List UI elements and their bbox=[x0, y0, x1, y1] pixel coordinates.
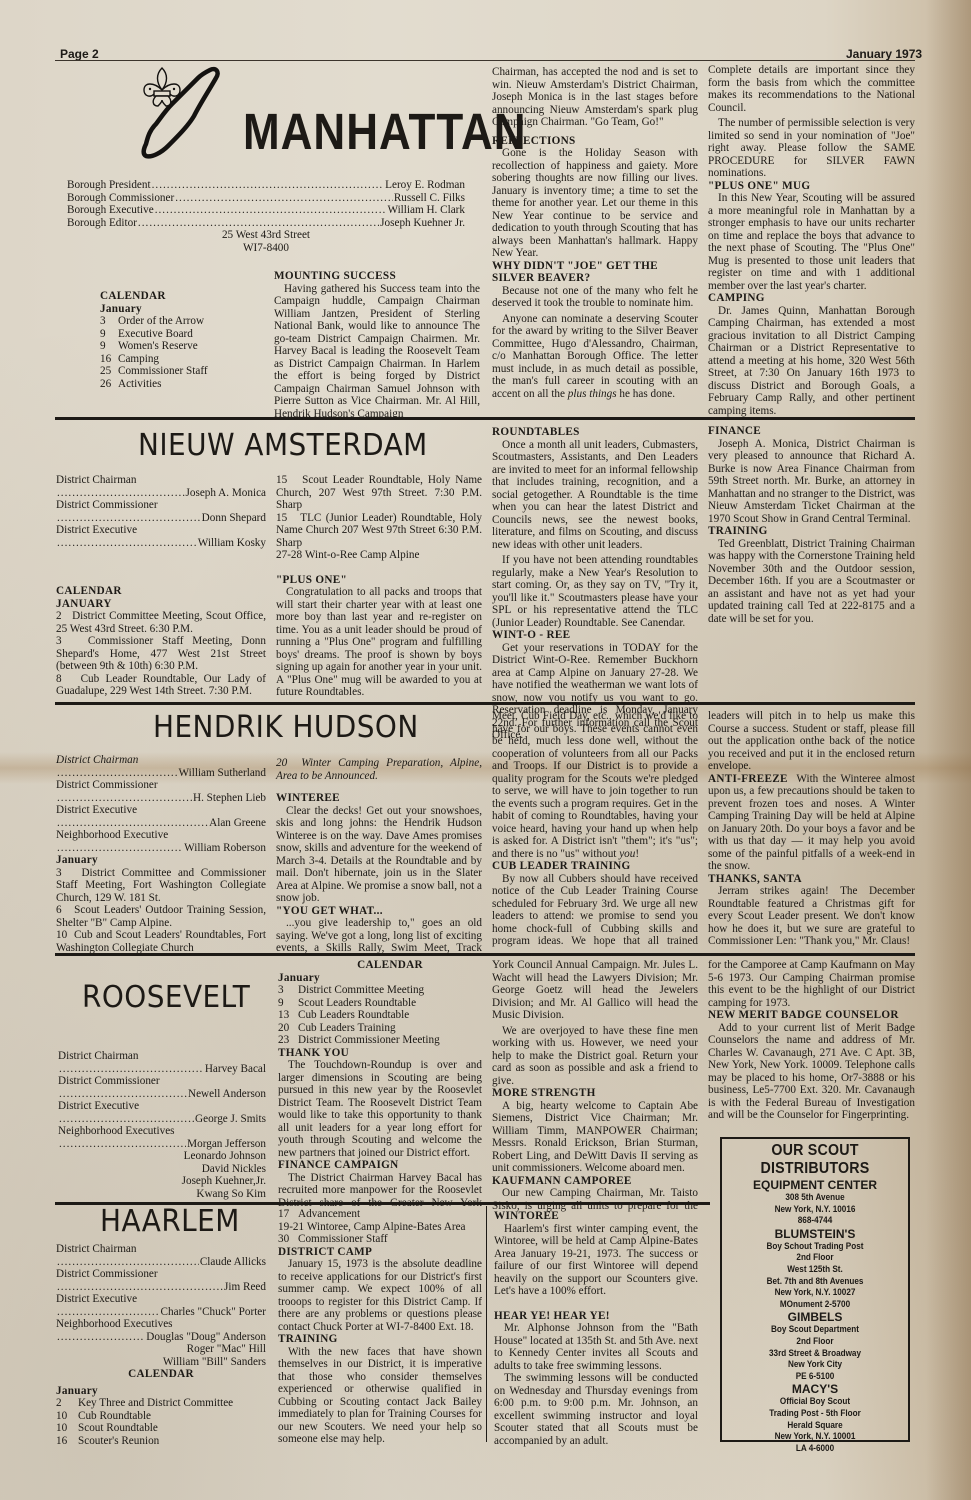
text-span: 10 bbox=[56, 929, 67, 941]
officer-name: Claude Allicks bbox=[200, 1256, 266, 1269]
calendar-day: 2 bbox=[56, 1397, 78, 1410]
calendar-item: 6 Scout Leaders' Outdoor Training Sessio… bbox=[56, 904, 266, 929]
officer-row: Borough PresidentLeroy E. Rodman bbox=[67, 179, 465, 192]
officer-title: District Executive bbox=[56, 524, 266, 537]
calendar-day: 9 bbox=[100, 340, 118, 353]
officer-title: Neighborhood Executives bbox=[58, 1125, 266, 1138]
calendar-month: January bbox=[100, 303, 260, 316]
calendar-item: 16Scouter's Reunion bbox=[56, 1435, 266, 1448]
leader-dots bbox=[59, 1088, 187, 1101]
officer-name: Leonardo Johnson bbox=[58, 1150, 266, 1163]
article-body: Mr. Alphonse Johnson from the "Bath Hous… bbox=[494, 1322, 698, 1372]
calendar-heading: CALENDAR bbox=[100, 290, 260, 303]
text-span: Scout Leader Roundtable, Holy Name Churc… bbox=[276, 474, 482, 511]
officer-title: District Commissioner bbox=[56, 1268, 266, 1281]
district-officers: District Chairman Joseph A. Monica Distr… bbox=[56, 474, 266, 549]
store-name: GIMBELS bbox=[722, 1311, 908, 1324]
calendar-month: JANUARY bbox=[56, 598, 266, 611]
calendar-item: 2Key Three and District Committee bbox=[56, 1397, 266, 1410]
roosevelt-column-2: CALENDAR January 3District Committee Mee… bbox=[278, 959, 482, 1210]
text-span: 6 bbox=[56, 904, 62, 916]
article-body: ...you give leadership to," goes an old … bbox=[276, 917, 482, 955]
text-span: ...you give leadership to," goes an old … bbox=[276, 917, 482, 955]
calendar-day: 20 bbox=[278, 1022, 298, 1035]
officer-row: Harvey Bacal bbox=[58, 1063, 266, 1076]
leader-dots bbox=[57, 1306, 160, 1319]
article-body: The Touchdown-Roundup is over and larger… bbox=[278, 1059, 482, 1159]
article-heading: WINTOREE bbox=[494, 1210, 698, 1223]
nieuw-amsterdam-column-3: ROUNDTABLES Once a month all unit leader… bbox=[492, 426, 698, 742]
article-body: By now all Cubbers should have received … bbox=[492, 873, 698, 949]
leader-dots bbox=[57, 1281, 223, 1294]
article-body: leaders will pitch in to help us make th… bbox=[708, 710, 915, 773]
leader-dots bbox=[57, 512, 201, 525]
text-span: Wintoree, Camp Alpine-Bates Area bbox=[307, 1221, 466, 1233]
calendar-month: January bbox=[56, 1385, 266, 1398]
officer-row: Douglas "Doug" Anderson bbox=[56, 1331, 266, 1344]
article-body: ANTI-FREEZE With the Winteree almost upo… bbox=[708, 773, 915, 873]
text-span: Commissioner Staff bbox=[118, 365, 208, 377]
officer-title: District Chairman bbox=[56, 1243, 266, 1256]
text-span: Winter Camping Preparation, Alpine, Area… bbox=[276, 757, 482, 782]
article-body: Ted Greenblatt, District Training Chairm… bbox=[708, 538, 915, 626]
leader-dots bbox=[57, 1256, 199, 1269]
calendar-heading: CALENDAR bbox=[278, 959, 482, 972]
manhattan-calendar: CALENDAR January 3Order of the Arrow 9Ex… bbox=[100, 290, 260, 390]
calendar-item: 27-28 Wint-o-Ree Camp Alpine bbox=[276, 549, 482, 562]
calendar-day: 17 bbox=[278, 1208, 298, 1221]
officer-name: George J. Smits bbox=[195, 1113, 266, 1126]
text-span: 15 bbox=[276, 512, 287, 524]
calendar-item: 25Commissioner Staff bbox=[100, 365, 260, 378]
haarlem-column-3: WINTOREE Haarlem's first winter camping … bbox=[494, 1210, 698, 1447]
article-body: Meet, Cub Field Day, etc., which we'd li… bbox=[492, 710, 698, 860]
text-span: TLC (Junior Leader) Roundtable, Holy Nam… bbox=[276, 512, 482, 549]
officer-row: Jim Reed bbox=[56, 1281, 266, 1294]
district-officers: District Chairman William Sutherland Dis… bbox=[56, 754, 266, 954]
box-title: OUR SCOUT DISTRIBUTORS bbox=[729, 1142, 900, 1178]
officer-name: Charles "Chuck" Porter bbox=[161, 1306, 266, 1319]
article-body: Chairman, has accepted the nod and is se… bbox=[492, 66, 698, 129]
calendar-item: 10 Cub and Scout Leaders' Roundtables, F… bbox=[56, 929, 266, 954]
text-span: District Commissioner Meeting bbox=[298, 1034, 440, 1046]
text-span: Executive Board bbox=[118, 328, 193, 340]
issue-date: January 1973 bbox=[846, 47, 922, 61]
store-detail-line: 868-4744 bbox=[736, 1215, 894, 1227]
article-body: Anyone can nominate a deserving Scouter … bbox=[492, 313, 698, 401]
text-span: Order of the Arrow bbox=[118, 315, 204, 327]
scout-fleur-de-lis-manhattan-island-icon bbox=[138, 64, 220, 160]
officer-name: Alan Greene bbox=[209, 817, 266, 830]
text-span: 8 bbox=[56, 673, 62, 685]
store-detail-line: 2nd Floor bbox=[736, 1252, 894, 1264]
store-detail-line: Herald Square bbox=[736, 1420, 894, 1432]
calendar-day: 16 bbox=[100, 353, 118, 366]
calendar-day: 25 bbox=[100, 365, 118, 378]
text-span: Cub Leaders Training bbox=[298, 1022, 396, 1034]
hendrik-hudson-column-3: Meet, Cub Field Day, etc., which we'd li… bbox=[492, 710, 698, 949]
officer-title: District Executive bbox=[56, 1293, 266, 1306]
officer-row: Charles "Chuck" Porter bbox=[56, 1306, 266, 1319]
officer-name: David Nickles bbox=[58, 1163, 266, 1176]
text-span: Cub Leader Roundtable, Our Lady of Guada… bbox=[56, 673, 266, 698]
calendar-item: 3 Commissioner Staff Meeting, Donn Shepa… bbox=[56, 635, 266, 673]
officer-row: Morgan Jefferson bbox=[58, 1138, 266, 1151]
calendar-month: January bbox=[278, 972, 482, 985]
officer-name: Douglas "Doug" Anderson bbox=[146, 1331, 266, 1344]
article-heading: "PLUS ONE" MUG bbox=[708, 180, 915, 193]
article-body: The swimming lessons will be conducted o… bbox=[494, 1372, 698, 1447]
article-body: Joseph A. Monica, District Chairman is v… bbox=[708, 438, 915, 526]
officer-row: George J. Smits bbox=[58, 1113, 266, 1126]
article-body: Once a month all unit leaders, Cubmaster… bbox=[492, 439, 698, 552]
calendar-day: 26 bbox=[100, 378, 118, 391]
officer-title: Borough Commissioner bbox=[67, 192, 174, 205]
article-body: With the new faces that have shown thems… bbox=[278, 1346, 482, 1446]
officer-name: William Kosky bbox=[198, 537, 266, 550]
calendar-item: 19-21 Wintoree, Camp Alpine-Bates Area bbox=[278, 1221, 482, 1234]
officer-name: Joseph Kuehner,Jr. bbox=[58, 1175, 266, 1188]
hendrik-hudson-column-2: 20 Winter Camping Preparation, Alpine, A… bbox=[276, 757, 482, 955]
store-name: BLUMSTEIN'S bbox=[722, 1228, 908, 1241]
calendar-item: 3 District Committee and Commissioner St… bbox=[56, 867, 266, 905]
store-detail-line: New York, N.Y. 10027 bbox=[736, 1287, 894, 1299]
text-span: Anyone can nominate a deserving Scouter … bbox=[492, 313, 698, 400]
officer-row: Newell Anderson bbox=[58, 1088, 266, 1101]
nieuw-amsterdam-column-4: FINANCE Joseph A. Monica, District Chair… bbox=[708, 425, 915, 625]
text-span: he has done. bbox=[617, 388, 675, 400]
article-heading: FINANCE CAMPAIGN bbox=[278, 1159, 482, 1172]
article-mounting-success: MOUNTING SUCCESS Having gathered his Suc… bbox=[274, 270, 480, 420]
officer-row: William Roberson bbox=[56, 842, 266, 855]
district-title: ROOSEVELT bbox=[82, 980, 250, 1015]
article-body: The number of permissible selection is v… bbox=[708, 117, 915, 180]
calendar-heading: CALENDAR bbox=[56, 585, 266, 598]
store-detail-line: Trading Post - 5th Floor bbox=[736, 1408, 894, 1420]
officer-row: William Sutherland bbox=[56, 767, 266, 780]
officer-name: Donn Shepard bbox=[202, 512, 266, 525]
calendar-item: 30Commissioner Staff bbox=[278, 1233, 482, 1246]
article-body: Having gathered his Success team into th… bbox=[274, 283, 480, 421]
officer-row: William Kosky bbox=[56, 537, 266, 550]
article-heading: DISTRICT CAMP bbox=[278, 1246, 482, 1259]
manhattan-column-3: Complete details are important since the… bbox=[708, 64, 915, 417]
officer-name: Joseph A. Monica bbox=[186, 487, 266, 500]
store-detail-line: Boy Scout Department bbox=[736, 1324, 894, 1336]
emphasis-text: you bbox=[619, 848, 635, 860]
district-title: NIEUW AMSTERDAM bbox=[138, 428, 428, 463]
district-title: HENDRIK HUDSON bbox=[153, 710, 419, 745]
officer-row: Borough EditorJoseph Kuehner Jr. bbox=[67, 217, 465, 230]
section-divider bbox=[55, 702, 915, 705]
store-detail-line: Official Boy Scout bbox=[736, 1396, 894, 1408]
officer-name: William Roberson bbox=[184, 842, 266, 855]
officer-name: William "Bill" Sanders bbox=[56, 1356, 266, 1369]
manhattan-column-2: Chairman, has accepted the nod and is se… bbox=[492, 66, 698, 400]
text-span: Scout Leaders Roundtable bbox=[298, 997, 416, 1009]
article-body: Clear the decks! Get out your snowshoes,… bbox=[276, 805, 482, 905]
section-divider bbox=[55, 417, 915, 420]
leader-dots bbox=[57, 817, 208, 830]
leader-dots bbox=[57, 1331, 145, 1344]
article-heading: FINANCE bbox=[708, 425, 915, 438]
store-detail-line: New York, N.Y. 10016 bbox=[736, 1204, 894, 1216]
article-body: Congratulation to all packs and troops t… bbox=[276, 586, 482, 699]
article-heading: MOUNTING SUCCESS bbox=[274, 270, 480, 283]
article-body: for the Camporee at Camp Kaufmann on May… bbox=[708, 959, 915, 1009]
leader-dots bbox=[59, 1113, 194, 1126]
calendar-day: 13 bbox=[278, 1009, 298, 1022]
leader-dots bbox=[59, 1063, 204, 1076]
calendar-item: 2 District Committee Meeting, Scout Offi… bbox=[56, 610, 266, 635]
borough-officers: Borough PresidentLeroy E. Rodman Borough… bbox=[67, 179, 465, 255]
text-span: Scout Leaders' Outdoor Training Session,… bbox=[56, 904, 266, 929]
roosevelt-column-4: for the Camporee at Camp Kaufmann on May… bbox=[708, 959, 915, 1122]
officer-title: Borough President bbox=[67, 179, 151, 192]
officer-row: Claude Allicks bbox=[56, 1256, 266, 1269]
store-detail-line: West 125th St. bbox=[736, 1264, 894, 1276]
roosevelt-column-3: York Council Annual Campaign. Mr. Jules … bbox=[492, 959, 698, 1212]
leader-dots bbox=[57, 487, 185, 500]
store-detail-line: 2nd Floor bbox=[736, 1336, 894, 1348]
calendar-day: 3 bbox=[100, 315, 118, 328]
article-heading: THANK YOU bbox=[278, 1047, 482, 1060]
article-heading: TRAINING bbox=[708, 525, 915, 538]
text-span: With the Winteree almost upon us, a few … bbox=[708, 773, 915, 873]
calendar-item: 3Order of the Arrow bbox=[100, 315, 260, 328]
article-heading: KAUFMANN CAMPOREE bbox=[492, 1175, 698, 1188]
text-span: Women's Reserve bbox=[118, 340, 198, 352]
article-heading: TRAINING bbox=[278, 1333, 482, 1346]
officer-name: Harvey Bacal bbox=[205, 1063, 266, 1076]
calendar-item: 10Cub Roundtable bbox=[56, 1410, 266, 1423]
header-rule bbox=[55, 60, 915, 61]
article-heading: WINT-O - REE bbox=[492, 629, 698, 642]
officer-name: H. Stephen Lieb bbox=[193, 792, 266, 805]
text-span: Wint-o-Ree Camp Alpine bbox=[305, 549, 420, 561]
store-detail-line: 33rd Street & Broadway bbox=[736, 1348, 894, 1360]
nieuw-amsterdam-column-2: 15 Scout Leader Roundtable, Holy Name Ch… bbox=[276, 474, 482, 699]
emphasis-text: plus things bbox=[568, 388, 617, 400]
article-heading: HEAR YE! HEAR YE! bbox=[494, 1310, 698, 1323]
article-heading: MORE STRENGTH bbox=[492, 1087, 698, 1100]
officer-name: Leroy E. Rodman bbox=[385, 179, 465, 192]
calendar-item: 15 Scout Leader Roundtable, Holy Name Ch… bbox=[276, 474, 482, 512]
store-detail-line: New York, N.Y. 10001 bbox=[736, 1431, 894, 1443]
officer-row: Alan Greene bbox=[56, 817, 266, 830]
store-detail-line: Boy Schout Trading Post bbox=[736, 1241, 894, 1253]
officer-title: District Commissioner bbox=[56, 499, 266, 512]
text-span: Cub Roundtable bbox=[78, 1410, 151, 1422]
officer-name: Newell Anderson bbox=[188, 1088, 266, 1101]
officer-name: Kwang So Kim bbox=[58, 1188, 266, 1201]
calendar-item: 20Cub Leaders Training bbox=[278, 1022, 482, 1035]
text-span: District Committee Meeting, Scout Office… bbox=[56, 610, 266, 635]
article-body: Add to your current list of Merit Badge … bbox=[708, 1022, 915, 1122]
leader-dots bbox=[59, 1138, 186, 1151]
text-span: Scouter's Reunion bbox=[78, 1435, 159, 1447]
calendar-item: 9Scout Leaders Roundtable bbox=[278, 997, 482, 1010]
article-body: January 15, 1973 is the absolute deadlin… bbox=[278, 1258, 482, 1333]
calendar-day: 9 bbox=[100, 328, 118, 341]
article-body: York Council Annual Campaign. Mr. Jules … bbox=[492, 959, 698, 1022]
text-span: 19-21 bbox=[278, 1221, 304, 1233]
article-heading: REFLECTIONS bbox=[492, 135, 698, 148]
article-heading: "YOU GET WHAT... bbox=[276, 905, 482, 918]
text-span: 3 bbox=[56, 635, 62, 647]
article-heading: CAMPING bbox=[708, 292, 915, 305]
store-detail-line: MOnument 2-5700 bbox=[736, 1299, 894, 1311]
calendar-day: 10 bbox=[56, 1422, 78, 1435]
text-span: ! bbox=[635, 848, 639, 860]
text-span: Scout Roundtable bbox=[78, 1422, 158, 1434]
leader-dots bbox=[175, 192, 393, 205]
leader-dots bbox=[152, 179, 385, 192]
calendar-day: 9 bbox=[278, 997, 298, 1010]
text-span: Key Three and District Committee bbox=[78, 1397, 233, 1409]
store-name: EQUIPMENT CENTER bbox=[722, 1179, 908, 1192]
calendar-item: 9Executive Board bbox=[100, 328, 260, 341]
article-heading: ROUNDTABLES bbox=[492, 426, 698, 439]
article-body: In this New Year, Scouting will be assur… bbox=[708, 192, 915, 292]
text-span: District Committee and Commissioner Staf… bbox=[56, 867, 266, 904]
calendar-item: 23District Commissioner Meeting bbox=[278, 1034, 482, 1047]
officer-name: Jim Reed bbox=[224, 1281, 266, 1294]
store-detail-line: PE 6-5100 bbox=[736, 1371, 894, 1383]
calendar-day: 16 bbox=[56, 1435, 78, 1448]
store-detail-line: New York City bbox=[736, 1359, 894, 1371]
article-body: Haarlem's first winter camping event, th… bbox=[494, 1223, 698, 1298]
article-body: A big, hearty welcome to Captain Abe Sie… bbox=[492, 1100, 698, 1175]
officer-title: District Commissioner bbox=[58, 1075, 266, 1088]
officer-title: Borough Executive bbox=[67, 204, 154, 217]
article-heading: WINTEREE bbox=[276, 792, 482, 805]
officer-name: William Sutherland bbox=[179, 767, 266, 780]
officer-name: Russell C. Filks bbox=[394, 192, 465, 205]
officer-name: Joseph Kuehner Jr. bbox=[380, 217, 465, 230]
article-body: Jerram strikes again! The December Round… bbox=[708, 885, 915, 948]
calendar-item: 10Scout Roundtable bbox=[56, 1422, 266, 1435]
text-span: Advancement bbox=[298, 1208, 360, 1220]
leader-dots bbox=[57, 842, 183, 855]
borough-title: MANHATTAN bbox=[243, 104, 527, 162]
article-heading: NEW MERIT BADGE COUNSELOR bbox=[708, 1009, 915, 1022]
nieuw-amsterdam-calendar: CALENDAR JANUARY 2 District Committee Me… bbox=[56, 585, 266, 698]
leader-dots bbox=[155, 204, 387, 217]
officer-row: Borough CommissionerRussell C. Filks bbox=[67, 192, 465, 205]
column-divider bbox=[486, 1206, 487, 1442]
article-body: Gone is the Holiday Season with recollec… bbox=[492, 147, 698, 260]
text-span: 15 bbox=[276, 474, 287, 486]
leader-dots bbox=[138, 217, 379, 230]
district-title: HAARLEM bbox=[100, 1204, 240, 1239]
haarlem-column-2: 17Advancement 19-21 Wintoree, Camp Alpin… bbox=[278, 1208, 482, 1446]
officer-row: Borough ExecutiveWilliam H. Clark bbox=[67, 204, 465, 217]
calendar-day: 30 bbox=[278, 1233, 298, 1246]
officer-row: Donn Shepard bbox=[56, 512, 266, 525]
text-span: 27-28 bbox=[276, 549, 302, 561]
article-body: Because not one of the many who felt he … bbox=[492, 285, 698, 310]
district-officers: District Chairman Harvey Bacal District … bbox=[58, 1050, 266, 1200]
text-span: Commissioner Staff Meeting, Donn Shepard… bbox=[56, 635, 266, 672]
text-span: 3 bbox=[56, 867, 62, 879]
text-span: Cub Leaders Roundtable bbox=[298, 1009, 409, 1021]
text-span: 20 bbox=[276, 757, 287, 769]
calendar-item: 13Cub Leaders Roundtable bbox=[278, 1009, 482, 1022]
officer-title: District Chairman bbox=[56, 474, 266, 487]
text-span: Camping bbox=[118, 353, 159, 365]
officer-row: H. Stephen Lieb bbox=[56, 792, 266, 805]
text-span: Cub and Scout Leaders' Roundtables, Fort… bbox=[56, 929, 266, 954]
calendar-item: 8 Cub Leader Roundtable, Our Lady of Gua… bbox=[56, 673, 266, 698]
calendar-item: 16Camping bbox=[100, 353, 260, 366]
section-divider bbox=[55, 953, 915, 956]
article-heading: "PLUS ONE" bbox=[276, 574, 482, 587]
leader-dots bbox=[57, 537, 197, 550]
article-heading: THANKS, SANTA bbox=[708, 873, 915, 886]
calendar-month: January bbox=[56, 854, 266, 867]
leader-dots bbox=[57, 792, 192, 805]
calendar-day: 3 bbox=[278, 984, 298, 997]
calendar-day: 2 bbox=[56, 610, 62, 622]
calendar-item: 20 Winter Camping Preparation, Alpine, A… bbox=[276, 757, 482, 782]
store-detail-line: Bet. 7th and 8th Avenues bbox=[736, 1276, 894, 1288]
officer-title: District Chairman bbox=[58, 1050, 266, 1063]
officer-title: Neighborhood Executives bbox=[56, 1318, 266, 1331]
store-name: MACY'S bbox=[722, 1383, 908, 1396]
calendar-item: 3District Committee Meeting bbox=[278, 984, 482, 997]
calendar-item: 15 TLC (Junior Leader) Roundtable, Holy … bbox=[276, 512, 482, 550]
leader-dots bbox=[57, 767, 178, 780]
text-span: Activities bbox=[118, 378, 162, 390]
calendar-item: 26Activities bbox=[100, 378, 260, 391]
officer-name: William H. Clark bbox=[387, 204, 465, 217]
officer-name: Roger "Mac" Hill bbox=[56, 1343, 266, 1356]
officer-title: Neighborhood Executive bbox=[56, 829, 266, 842]
borough-address: 25 West 43rd Street bbox=[67, 229, 465, 242]
district-officers: District Chairman Claude Allicks Distric… bbox=[56, 1243, 266, 1447]
calendar-item: 9Women's Reserve bbox=[100, 340, 260, 353]
article-heading: CUB LEADER TRAINING bbox=[492, 860, 698, 873]
officer-row: Joseph A. Monica bbox=[56, 487, 266, 500]
calendar-heading: CALENDAR bbox=[56, 1368, 266, 1381]
article-body: If you have not been attending roundtabl… bbox=[492, 554, 698, 629]
text-span: Commissioner Staff bbox=[298, 1233, 388, 1245]
officer-title: District Executive bbox=[56, 804, 266, 817]
store-detail-line: LA 4-6000 bbox=[736, 1443, 894, 1455]
officer-title: District Commissioner bbox=[56, 779, 266, 792]
article-body: Complete details are important since the… bbox=[708, 64, 915, 114]
officer-title: District Chairman bbox=[56, 754, 266, 767]
article-body: We are overjoyed to have these fine men … bbox=[492, 1025, 698, 1088]
officer-title: Borough Editor bbox=[67, 217, 137, 230]
page-number: Page 2 bbox=[60, 47, 99, 61]
text-span: District Committee Meeting bbox=[298, 984, 424, 996]
article-heading: WHY DIDN'T "JOE" GET THE SILVER BEAVER? bbox=[492, 260, 698, 285]
scout-distributors-box: OUR SCOUT DISTRIBUTORS EQUIPMENT CENTER … bbox=[720, 1137, 910, 1442]
officer-title: District Executive bbox=[58, 1100, 266, 1113]
page-edge-shadow bbox=[926, 0, 971, 1500]
calendar-day: 23 bbox=[278, 1034, 298, 1047]
text-span: ANTI-FREEZE bbox=[708, 773, 788, 785]
article-body: Dr. James Quinn, Manhattan Borough Campi… bbox=[708, 305, 915, 418]
hendrik-hudson-column-4: leaders will pitch in to help us make th… bbox=[708, 710, 915, 948]
calendar-item: 17Advancement bbox=[278, 1208, 482, 1221]
article-body: Our new Camping Chairman, Mr. Taisto Sis… bbox=[492, 1187, 698, 1212]
officer-name: Morgan Jefferson bbox=[187, 1138, 266, 1151]
store-detail-line: 308 5th Avenue bbox=[736, 1192, 894, 1204]
calendar-day: 10 bbox=[56, 1410, 78, 1423]
